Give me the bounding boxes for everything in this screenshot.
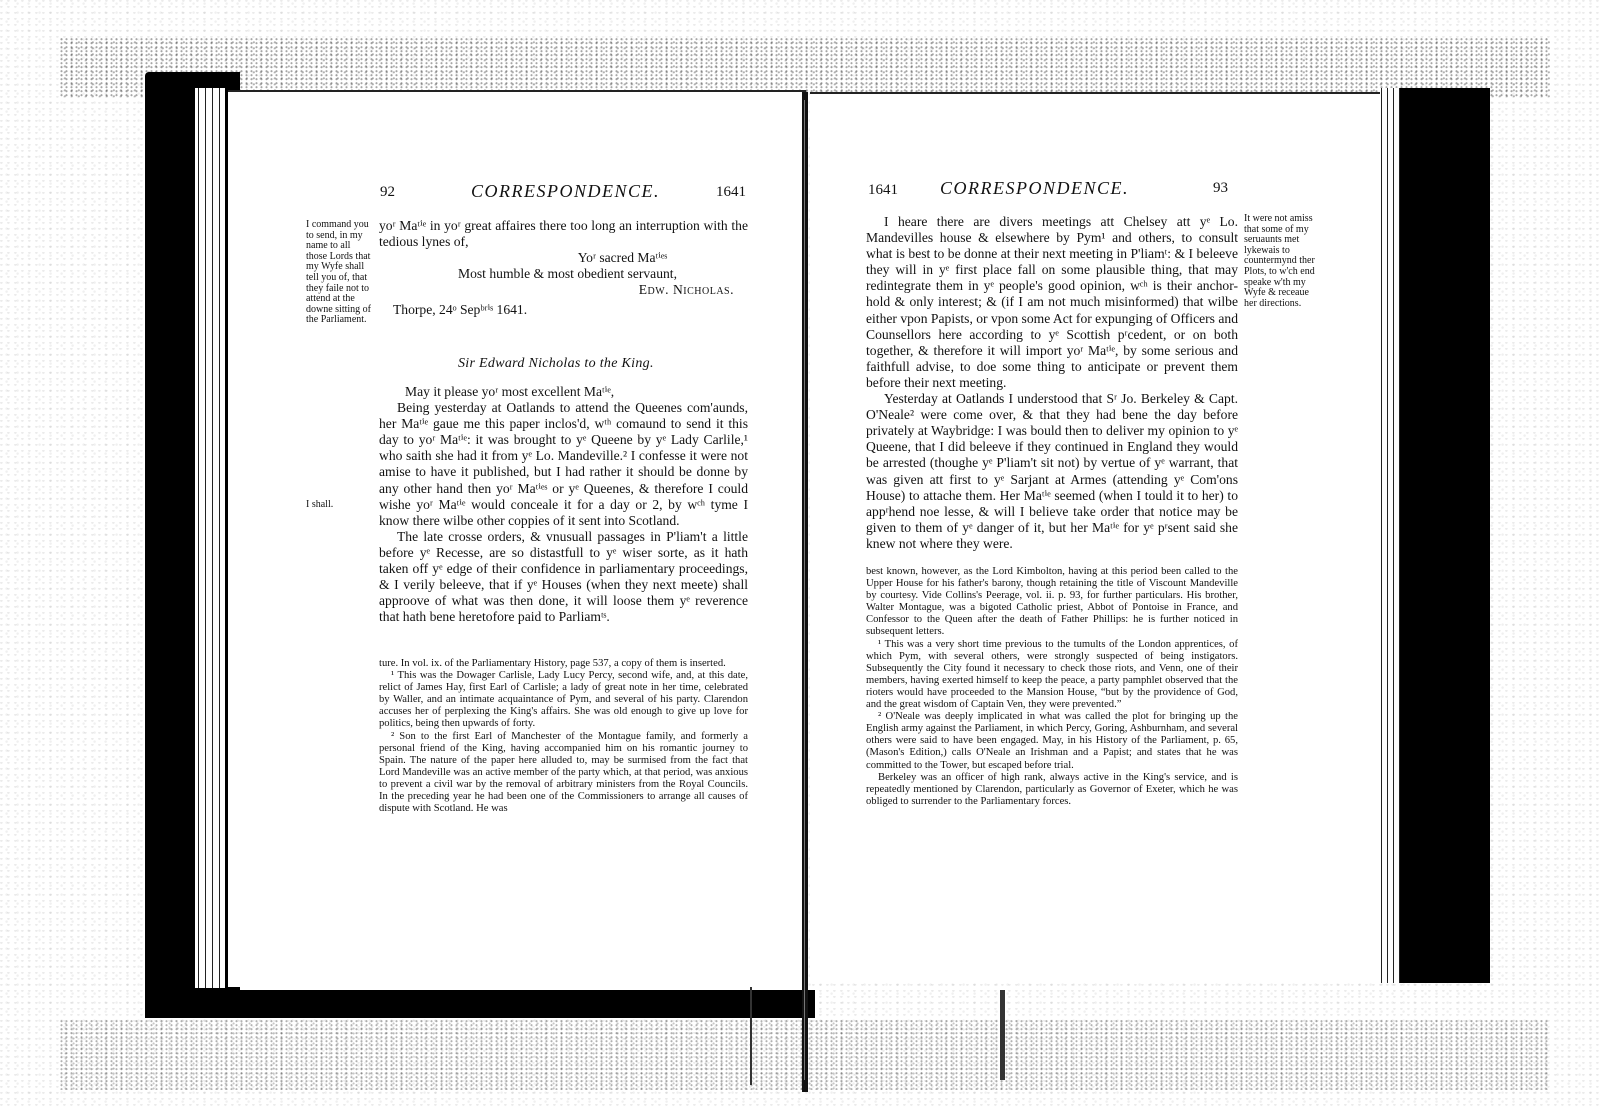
side-note: I shall. <box>306 500 366 511</box>
footnote: ¹ This was the Dowager Carlisle, Lady Lu… <box>379 670 748 730</box>
paragraph: The late crosse orders, & vnusuall passa… <box>379 529 748 626</box>
footnote: ture. In vol. ix. of the Parliamentary H… <box>379 658 748 670</box>
salutation: May it please yoʳ most excellent Maᵗⁱᵉ, <box>379 384 748 400</box>
closing-line: Most humble & most obedient servaunt, <box>379 266 748 282</box>
closing-line: Yoʳ sacred Maᵗⁱᵉˢ <box>379 250 748 266</box>
side-note: I command you to send, in my name to all… <box>306 220 374 326</box>
place-date: Thorpe, 24ᵒ Sepᵇʳⁱˢ 1641. <box>379 302 748 318</box>
gutter-highlight <box>804 100 805 1080</box>
running-year: 1641 <box>868 182 898 199</box>
letter-continuation: yoʳ Maᵗⁱᵉ in yoʳ great affaires there to… <box>379 218 748 250</box>
footnotes: best known, however, as the Lord Kimbolt… <box>866 566 1238 808</box>
book-gutter <box>802 92 808 1092</box>
footnotes: ture. In vol. ix. of the Parliamentary H… <box>379 658 748 815</box>
book-spine-tab <box>750 985 805 1085</box>
book-cover-right <box>1398 88 1490 983</box>
running-title: CORRESPONDENCE. <box>940 178 1129 199</box>
paragraph: Being yesterday at Oatlands to attend th… <box>379 400 748 529</box>
signature: Edw. Nicholas. <box>379 282 748 298</box>
letter-heading: Sir Edward Nicholas to the King. <box>458 356 654 372</box>
page-edges-right <box>1378 88 1400 983</box>
paragraph: I heare there are divers meetings att Ch… <box>866 214 1238 391</box>
opening-lines: yoʳ Maᵗⁱᵉ in yoʳ great affaires there to… <box>379 218 748 250</box>
table-surface-top <box>60 38 1550 98</box>
book-cover-left <box>145 72 240 1017</box>
footnote: ² O'Neale was deeply implicated in what … <box>866 711 1238 771</box>
letter-body: I heare there are divers meetings att Ch… <box>866 214 1238 552</box>
footnote: Berkeley was an officer of high rank, al… <box>866 772 1238 808</box>
running-title: CORRESPONDENCE. <box>471 181 660 202</box>
running-year: 1641 <box>716 184 746 201</box>
footnote: best known, however, as the Lord Kimbolt… <box>866 566 1238 639</box>
page-number: 92 <box>380 184 395 201</box>
letter-body: May it please yoʳ most excellent Maᵗⁱᵉ, … <box>379 384 748 625</box>
book-spine-tab-right <box>1000 990 1005 1080</box>
footnote: ¹ This was a very short time previous to… <box>866 639 1238 712</box>
book-cover-bottom <box>145 990 815 1018</box>
paragraph: Yesterday at Oatlands I understood that … <box>866 391 1238 552</box>
page-edges-left <box>195 88 225 988</box>
footnote: ² Son to the first Earl of Manchester of… <box>379 731 748 816</box>
page-number: 93 <box>1213 180 1228 197</box>
right-page: 1641 CORRESPONDENCE. 93 I heare there ar… <box>810 92 1380 982</box>
letter-closing: Yoʳ sacred Maᵗⁱᵉˢ Most humble & most obe… <box>379 250 748 318</box>
side-note: It were not amiss that some of my seruau… <box>1244 214 1316 309</box>
left-page: 92 CORRESPONDENCE. 1641 I command you to… <box>228 90 806 987</box>
